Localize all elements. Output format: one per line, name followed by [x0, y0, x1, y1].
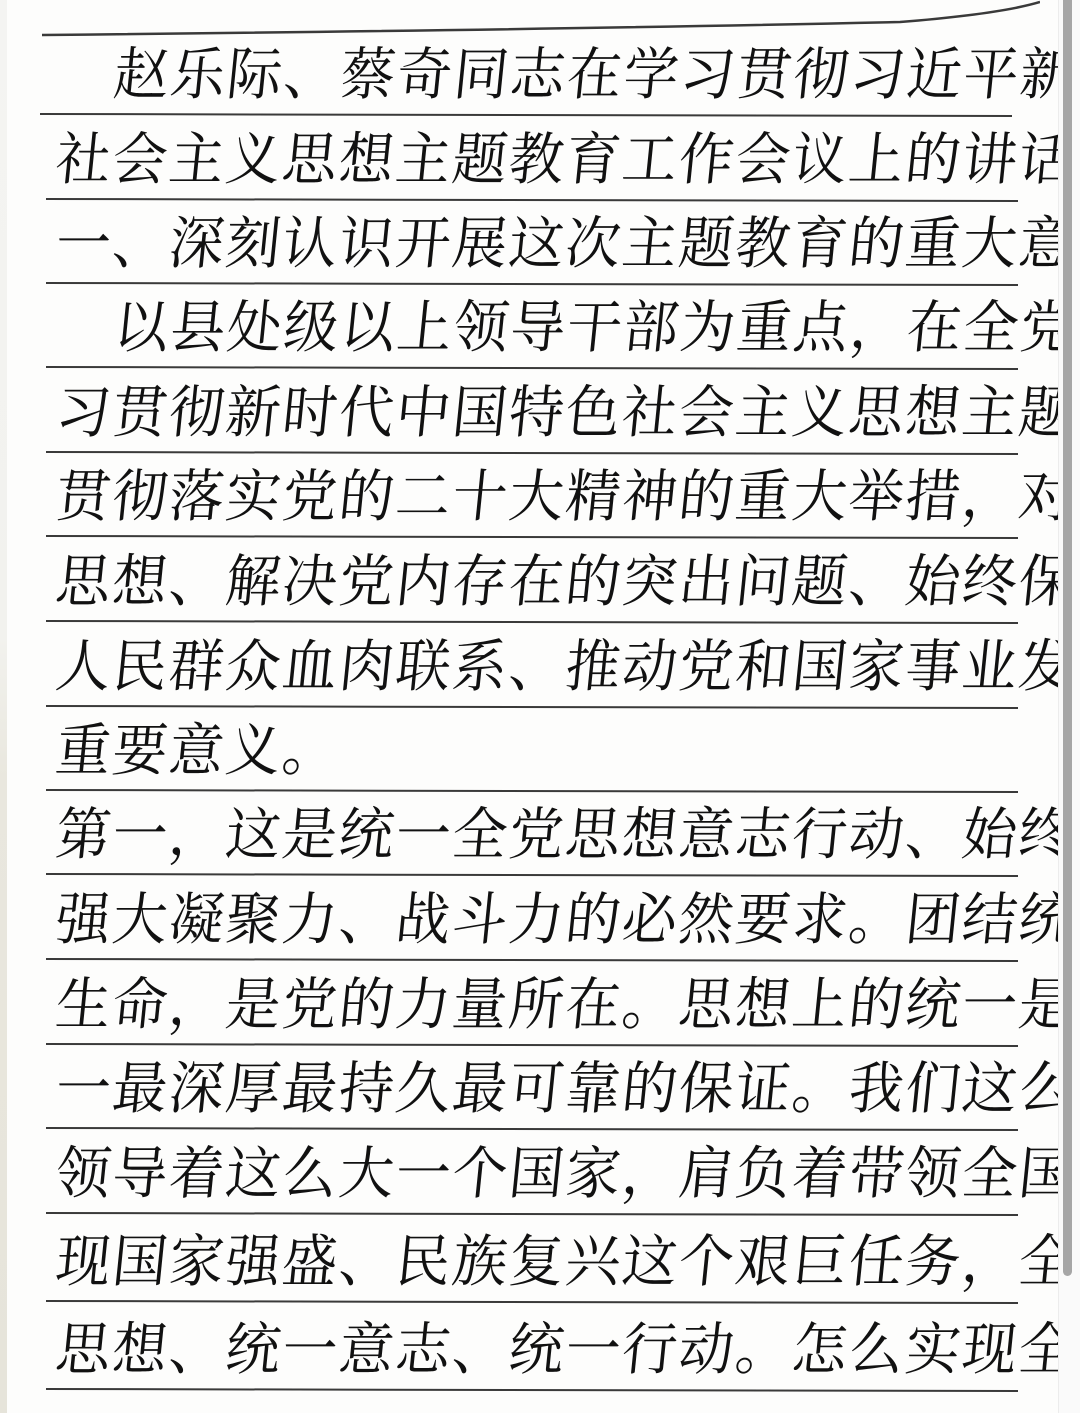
handwritten-line: 领导着这么大一个国家，肩负着带领全国各族人民实	[52, 1134, 1058, 1214]
handwritten-line: 一最深厚最持久最可靠的保证。我们这么大一个党，	[52, 1049, 1058, 1129]
handwritten-line: 思想、统一意志、统一行动。怎么实现全党思想、意	[52, 1310, 1058, 1390]
handwritten-line: 现国家强盛、民族复兴这个艰巨任务，全党必须统一	[52, 1222, 1058, 1302]
handwritten-line: 社会主义思想主题教育工作会议上的讲话。	[52, 120, 1058, 200]
handwritten-line: 强大凝聚力、战斗力的必然要求。团结统一是党的	[52, 880, 1058, 960]
handwritten-line: 人民群众血肉联系、推动党和国家事业发展，具有	[52, 627, 1058, 707]
handwritten-line: 贯彻落实党的二十大精神的重大举措，对于统一全党	[52, 457, 1058, 537]
page-left-edge	[0, 0, 7, 1413]
handwritten-line: 思想、解决党内存在的突出问题、始终保持党同	[52, 542, 1058, 622]
handwritten-line: 一、深刻认识开展这次主题教育的重大意义.	[52, 204, 1058, 284]
notebook-page: 赵乐际、蔡奇同志在学习贯彻习近平新时代中国特色社会主义思想主题教育工作会议上的讲…	[0, 0, 1080, 1413]
handwritten-line: 以县处级以上领导干部为重点，在全党深入开展学	[110, 288, 982, 368]
handwritten-line: 第一，这是统一全党思想意志行动、始终保持党的	[52, 795, 1058, 875]
handwritten-line: 赵乐际、蔡奇同志在学习贯彻习近平新时代中国特色	[110, 35, 982, 115]
handwritten-line: 生命，是党的力量所在。思想上的统一是党的团结统	[52, 965, 1058, 1045]
handwritten-line: 重要意义。	[52, 711, 1058, 791]
scrollbar-thumb[interactable]	[1063, 0, 1072, 1276]
handwritten-line: 习贯彻新时代中国特色社会主义思想主题教育，是	[52, 373, 1058, 453]
